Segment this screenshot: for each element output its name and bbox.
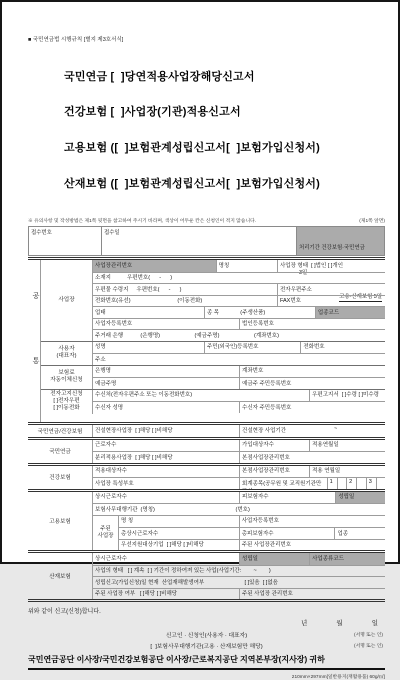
field-ei-main-biz-no: 사업자등록번호: [239, 516, 385, 528]
field-hi-apply-date: 적용 연월일: [309, 466, 385, 478]
receipt-no-cell: 접수번호: [29, 227, 101, 255]
acct-box-1[interactable]: [337, 478, 347, 489]
field-owner-address: 주소: [93, 354, 385, 365]
field-ia-is-main: 주된 사업장 여부 [ ]해당 [ ]비해당: [93, 589, 239, 600]
receipt-date-cell: 접수일: [101, 227, 296, 255]
field-account-holder: (예금주명): [195, 331, 220, 339]
recipient-line: 국민연금공단 이사장/국민건강보험공단 이사장/근로복지공단 지역본부장(지사장…: [28, 654, 385, 670]
subgroup-main-workplace: 주된사업장 명 칭 사업자등록번호 총상시근로자수 총피보험자수 업종 우선지원: [93, 515, 385, 551]
paper-spec: 210mm×297mm[일반용지(재활용품) 60g/㎡]: [28, 673, 385, 680]
field-ei-total-workers: 총상시근로자수: [119, 528, 239, 539]
row-ia-1: 상시근로자수 성립일 사업종류코드: [93, 553, 385, 565]
form-title: 국민연금 [ ]당연적용사업장해당신고서 건강보험 [ ]사업장(기관)적용신고…: [64, 48, 385, 214]
field-account-no: (계좌번호): [254, 331, 279, 339]
field-corp-reg-no: 법인등록번호: [239, 319, 385, 330]
field-ei-priority: 우선지원대상기업 [ ]해당 [ ]비해당: [119, 540, 239, 551]
agency-signer-label[interactable]: [ ]보험사무대행기관(고용 · 산재보험만 해당): [150, 644, 262, 650]
acct-box-3[interactable]: [376, 478, 385, 489]
field-main-bank: 주거래 은행(은행명)(예금주명)(계좌번호): [93, 330, 385, 341]
date-line: 년 월 일: [28, 618, 385, 627]
signer-row: 신고인 · 신청인(사용자 · 대표자)(서명 또는 인): [28, 630, 385, 639]
common-vertical-label: 공통: [28, 260, 41, 422]
declaration-text: 위와 같이 신고(신청)합니다.: [28, 606, 385, 615]
owner-group-label: 사용자(대표자): [41, 342, 93, 365]
field-main-product: (주생산품): [240, 308, 265, 316]
field-np-hq-no: 본점사업장관리번호: [239, 452, 385, 463]
group-autopay: 보험료자동이체신청 은행명 계좌번호 예금주명 예금주 주민등록번호: [41, 365, 385, 389]
field-ia-business-form: 사업의 형태 [ ] 계속 [ ] 기간이 정하여져 있는 사업(사업기간: ~…: [93, 566, 385, 577]
field-bank-name: (은행명): [140, 331, 160, 339]
field-ia-establish-date: 성립일: [239, 553, 309, 565]
checkbox-enotice-mobile[interactable]: [ ]이동전화: [53, 405, 79, 412]
field-hi-eligible: 적용대상자수: [93, 466, 239, 478]
field-ei-main-name: 명 칭: [119, 516, 239, 528]
section-employment-insurance: 고용보험 상시근로자수 피보험자수 성립일 보험사무대행기관 (명칭)(번호) …: [28, 489, 385, 551]
field-ia-accident: 성립신고(가입신청)일 현재 산업재해발생여부[ ]있음 [ ]없음: [93, 577, 385, 588]
row-hi-1: 적용대상자수 본점사업장관리번호 적용 연월일: [93, 466, 385, 478]
row-ei-2: 보험사무대행기관 (명칭)(번호): [93, 503, 385, 515]
checkbox-ia-is-main[interactable]: [ ]해당 [ ]비해당: [140, 591, 177, 597]
row-ei-1: 상시근로자수 피보험자수 성립일: [93, 492, 385, 504]
acct-num-2: 2: [346, 478, 356, 489]
hi-section-label: 건강보험: [28, 466, 93, 489]
field-np-eligible: 가입대상자수: [239, 440, 309, 452]
row-ei-main-1: 명 칭 사업자등록번호: [119, 516, 385, 528]
workplace-group-label: 사업장: [41, 260, 93, 341]
field-workplace-type: 사업장 형태 [ ]법인 [ ]개인: [277, 260, 385, 272]
field-industry-code: 업종코드: [315, 307, 385, 318]
field-hi-acct-label: 회계종목(공무원 및 교직원기관만 작성): [239, 478, 327, 489]
field-ei-total-insured: 총피보험자수: [239, 528, 335, 539]
field-hi-hq-no: 본점사업장관리번호: [239, 466, 309, 478]
ei-section-label: 고용보험: [28, 492, 93, 551]
field-business-item: 종 목(주생산품): [204, 307, 315, 318]
autopay-group-label: 보험료자동이체신청: [41, 366, 93, 389]
section-national-pension: 국민연금 근로자수 가입대상자수 적용연월일 분리적용사업장 [ ]해당 [ ]…: [28, 437, 385, 463]
enotice-group-label: 전자고지신청[ ]전자우편[ ]이동전화: [41, 390, 93, 414]
field-business-reg-no: 사업자등록번호: [93, 319, 239, 330]
row-workplace-1: 사업장관리번호 명칭 사업장 형태 [ ]법인 [ ]개인: [93, 260, 385, 272]
tilde-mark: ~: [334, 426, 337, 432]
field-construction-site: 건설현장사업장 [ ]해당 [ ]비해당: [93, 425, 239, 437]
field-ia-main-no: 주된 사업장 관리번호: [239, 589, 385, 600]
ia-section-label: 산재보험: [28, 553, 93, 599]
checkbox-ia-accident[interactable]: [ ]있음 [ ]없음: [245, 578, 278, 586]
form-table: 공통 사업장 사업장관리번호 명칭 사업장 형태 [ ]법인 [ ]개인 소재지…: [28, 257, 385, 602]
row-ei-main-2: 총상시근로자수 총피보험자수 업종: [119, 527, 385, 539]
section-industrial-insurance: 산재보험 상시근로자수 성립일 사업종류코드 사업의 형태 [ ] 계속 [ ]…: [28, 550, 385, 599]
processing-period-cell: 처리기간 건강보험·국민연금 3일 고용·산재보험 5일: [296, 227, 384, 255]
notice-row: ※ 유의사항 및 작성방법은 제1쪽 뒷면을 참고하여 주시기 바라며, 색상이…: [28, 217, 385, 224]
checkbox-np-separate[interactable]: [ ]해당 [ ]비해당: [135, 455, 172, 461]
receipt-bar: 접수번호 접수일 처리기간 건강보험·국민연금 3일 고용·산재보험 5일: [28, 226, 385, 256]
row-np-1: 근로자수 가입대상자수 적용연월일: [93, 440, 385, 452]
period-line1: 처리기간 건강보험·국민연금: [299, 244, 382, 252]
title-employment-insurance: 고용보험 ([ ]보험관계성립신고서[ ]보험가입신청서): [64, 143, 385, 155]
field-ei-agency-no: (번호): [235, 505, 249, 513]
acct-num-1: 1: [327, 478, 337, 489]
group-enotice: 전자고지신청[ ]전자우편[ ]이동전화 수신처(전자우편주소 또는 이동전화번…: [41, 389, 385, 414]
field-ei-establish-date: 성립일: [335, 492, 385, 504]
form-page: ■ 국민연금법 시행규칙 [별지 제3호서식] 국민연금 [ ]당연적용사업장해…: [0, 0, 400, 564]
field-ia-business-code: 사업종류코드: [309, 553, 385, 565]
agency-signer-row: [ ]보험사무대행기관(고용 · 산재보험만 해당)(서명 또는 인): [28, 641, 385, 650]
title-national-pension: 국민연금 [ ]당연적용사업장해당신고서: [64, 72, 385, 84]
field-email: 전자우편주소: [277, 284, 385, 295]
row-construction-site: 건설현장사업장 [ ]해당 [ ]비해당 건설현장 사업기간~: [93, 425, 385, 437]
field-np-workers: 근로자수: [93, 440, 239, 452]
field-business-condition: 업태: [93, 307, 204, 318]
section-common: 공통 사업장 사업장관리번호 명칭 사업장 형태 [ ]법인 [ ]개인 소재지…: [28, 257, 385, 422]
field-fax: FAX번호: [277, 296, 385, 307]
checkbox-ei-priority[interactable]: [ ]해당 [ ]비해당: [167, 542, 204, 548]
row-workplace-6: 사업자등록번호 법인등록번호: [93, 318, 385, 330]
field-receiver-rrn: 수신자 주민등록번호: [239, 402, 385, 413]
field-workplace-name: 명칭: [216, 260, 277, 272]
row-workplace-5: 업태 종 목(주생산품) 업종코드: [93, 306, 385, 318]
row-autopay-2: 예금주명 예금주 주민등록번호: [93, 377, 385, 389]
notice-text: ※ 유의사항 및 작성방법은 제1쪽 뒷면을 참고하여 주시기 바라며, 색상이…: [28, 217, 256, 224]
checkbox-construction-site[interactable]: [ ]해당 [ ]비해당: [135, 428, 172, 434]
row-owner-1: 성명 주민(외국인)등록번호 전화번호: [93, 342, 385, 354]
group-workplace: 사업장 사업장관리번호 명칭 사업장 형태 [ ]법인 [ ]개인 소재지우편번…: [41, 260, 385, 341]
field-autopay-holder: 예금주명: [93, 378, 239, 389]
np-section-label: 국민연금: [28, 440, 93, 463]
signer-label: 신고인 · 신청인(사용자 · 대표자): [166, 633, 247, 639]
field-np-separate: 분리적용사업장 [ ]해당 [ ]비해당: [93, 452, 239, 463]
row-workplace-7: 주거래 은행(은행명)(예금주명)(계좌번호): [93, 329, 385, 341]
page-side-note: (제1쪽 앞면): [359, 217, 385, 224]
field-zipcode: 우편번호( - ): [127, 275, 172, 281]
field-ia-workers: 상시근로자수: [93, 553, 239, 565]
row-ia-4: 주된 사업장 여부 [ ]해당 [ ]비해당 주된 사업장 관리번호: [93, 588, 385, 600]
field-mail-zipcode: 우편번호( - ): [136, 287, 181, 293]
acct-num-3: 3: [366, 478, 376, 489]
field-enotice-dest: 수신처(전자우편주소 또는 이동전화번호): [93, 390, 309, 402]
section-health-insurance: 건강보험 적용대상자수 본점사업장관리번호 적용 연월일 사업장 특성부호 회계…: [28, 463, 385, 489]
row-np-2: 분리적용사업장 [ ]해당 [ ]비해당 본점사업장관리번호: [93, 451, 385, 463]
field-mail-address: 우편물 수령지우편번호( - ): [93, 284, 277, 295]
section-np-hi: 국민연금/건강보험 건설현장사업장 [ ]해당 [ ]비해당 건설현장 사업기간…: [28, 422, 385, 437]
field-owner-name: 성명: [93, 342, 204, 354]
field-ei-workers: 상시근로자수: [93, 492, 239, 504]
field-autopay-account: 계좌번호: [239, 366, 385, 378]
row-ei-main-3: 우선지원대상기업 [ ]해당 [ ]비해당 주된 사업장관리번호: [119, 539, 385, 551]
field-mgmt-no: 사업장관리번호: [93, 260, 216, 272]
field-owner-rrn: 주민(외국인)등록번호: [204, 342, 300, 354]
field-ei-main-no: 주된 사업장관리번호: [239, 540, 385, 551]
checkbox-workplace-type[interactable]: [ ]법인 [ ]개인: [311, 263, 343, 269]
field-ei-insured: 피보험자수: [239, 492, 335, 504]
field-owner-phone: 전화번호: [300, 342, 385, 354]
field-mobile: (이동전화): [177, 296, 202, 304]
field-np-apply-date: 적용연월일: [309, 440, 385, 452]
row-autopay-1: 은행명 계좌번호: [93, 366, 385, 378]
row-owner-2: 주소: [93, 353, 385, 365]
checkbox-ia-business-form[interactable]: [ ] 계속 [ ] 기간이 정하여져 있는 사업(사업기간: ~ ): [128, 568, 271, 574]
field-autopay-holder-rrn: 예금주 주민등록번호: [239, 378, 385, 389]
checkbox-paper-notice[interactable]: [ ]수령 [ ]미수령: [342, 392, 379, 398]
field-address: 소재지우편번호( - ): [93, 273, 385, 284]
row-ia-3: 성립신고(가입신청)일 현재 산업재해발생여부[ ]있음 [ ]없음: [93, 576, 385, 588]
acct-box-2[interactable]: [356, 478, 366, 489]
field-paper-notice: 우편고지서 [ ]수령 [ ]미수령: [309, 390, 385, 402]
row-hi-2: 사업장 특성부호 회계종목(공무원 및 교직원기관만 작성) 1 2 3: [93, 477, 385, 489]
form-reference: ■ 국민연금법 시행규칙 [별지 제3호서식]: [28, 35, 385, 43]
row-workplace-3: 우편물 수령지우편번호( - ) 전자우편주소: [93, 283, 385, 295]
row-enotice-2: 수신자 성명 수신자 주민등록번호: [93, 401, 385, 413]
title-health-insurance: 건강보험 [ ]사업장(기관)적용신고서: [64, 107, 385, 119]
field-receiver-name: 수신자 성명: [93, 402, 239, 413]
field-ei-industry: 업종: [334, 528, 385, 539]
row-workplace-4: 전화번호(유선)(이동전화) FAX번호: [93, 295, 385, 307]
field-ei-agency: 보험사무대행기관 (명칭)(번호): [93, 504, 385, 515]
field-phone: 전화번호(유선)(이동전화): [93, 296, 277, 307]
sign-or-seal-note-1: (서명 또는 인): [354, 631, 383, 638]
group-owner: 사용자(대표자) 성명 주민(외국인)등록번호 전화번호 주소: [41, 341, 385, 365]
field-construction-period: 건설현장 사업기간~: [239, 425, 385, 437]
np-hi-section-label: 국민연금/건강보험: [28, 425, 93, 437]
row-workplace-2: 소재지우편번호( - ): [93, 272, 385, 284]
field-autopay-bank: 은행명: [93, 366, 239, 378]
row-ia-2: 사업의 형태 [ ] 계속 [ ] 기간이 정하여져 있는 사업(사업기간: ~…: [93, 565, 385, 577]
main-workplace-label: 주된사업장: [93, 516, 119, 551]
field-hi-char-code: 사업장 특성부호: [93, 478, 239, 489]
row-enotice-1: 수신처(전자우편주소 또는 이동전화번호) 우편고지서 [ ]수령 [ ]미수령: [93, 390, 385, 402]
sign-or-seal-note-2: (서명 또는 인): [354, 642, 383, 649]
title-industrial-insurance: 산재보험 ([ ]보험관계성립신고서[ ]보험가입신청서): [64, 179, 385, 191]
